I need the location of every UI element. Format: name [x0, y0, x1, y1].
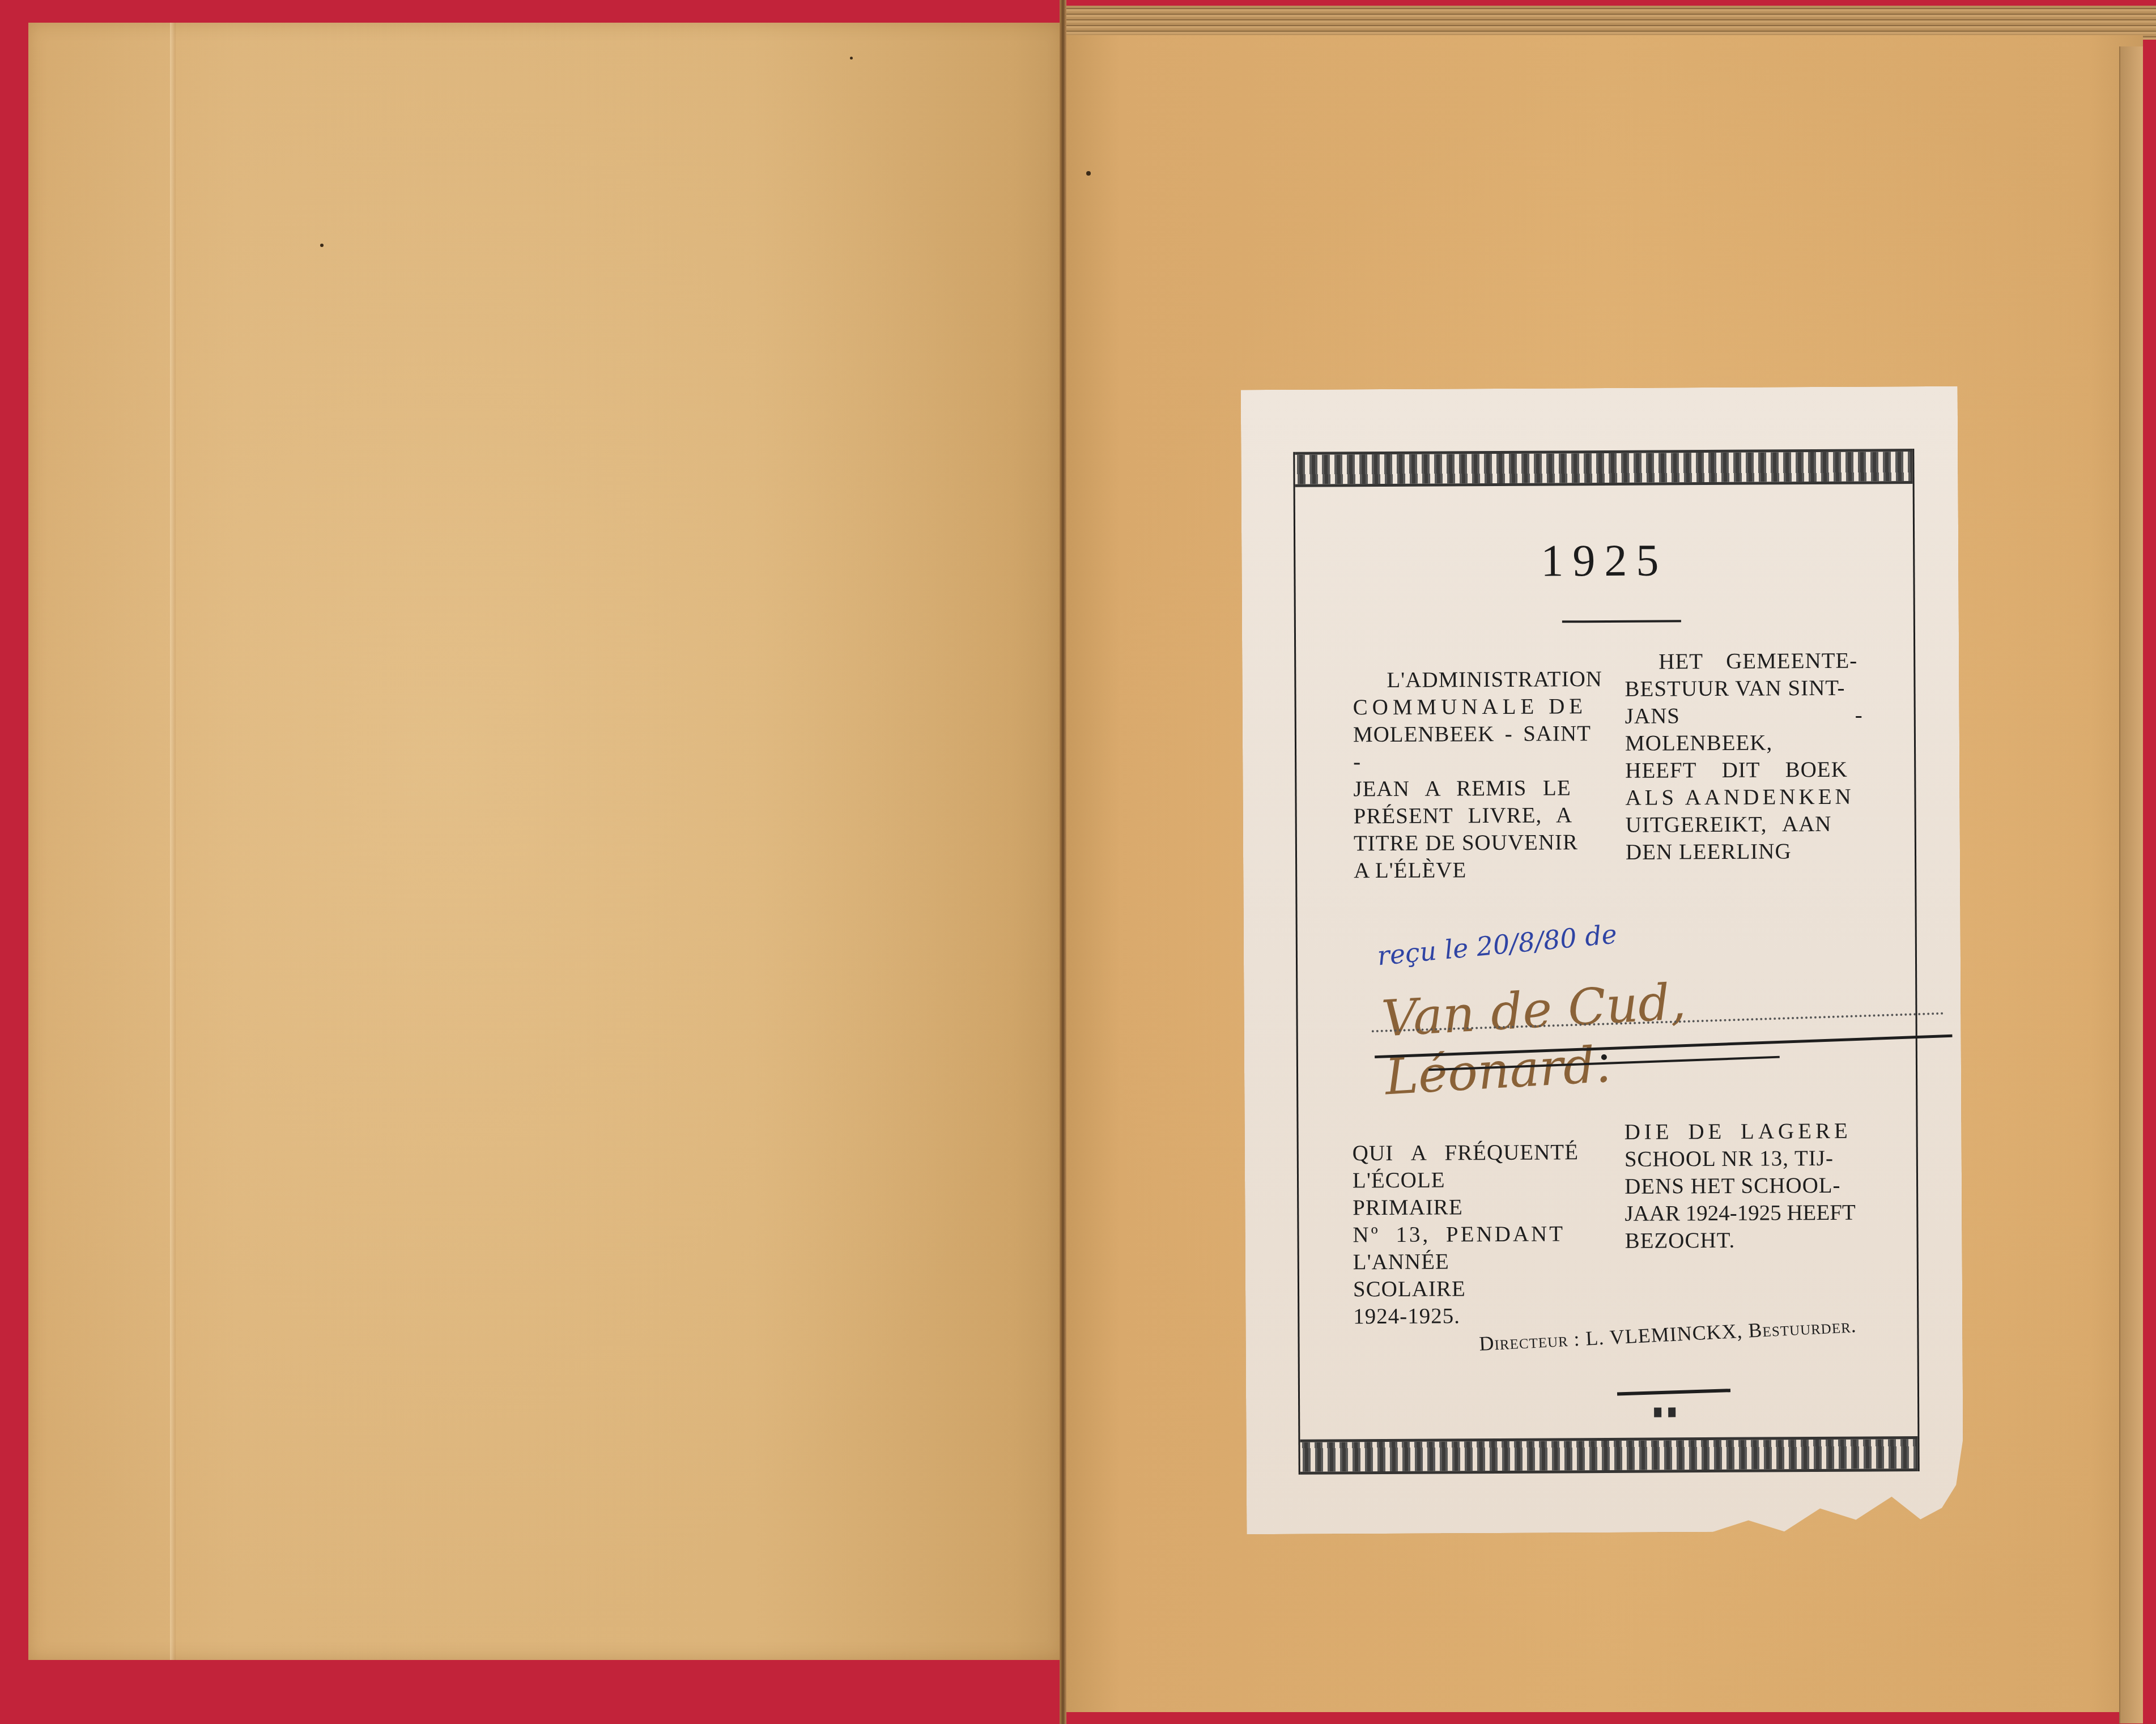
text-line: MOLENBEEK - SAINT -: [1353, 720, 1591, 776]
text-line: ALS AANDENKEN: [1625, 784, 1863, 812]
text-line: COMMUNALE DE: [1353, 693, 1591, 721]
text-line: L'ADMINISTRATION: [1353, 666, 1591, 694]
prize-label: 1925 L'ADMINISTRATION COMMUNALE DE MOLEN…: [1241, 386, 1964, 1535]
text-line: HET GEMEENTE-: [1625, 648, 1862, 676]
text-line: DEN LEERLING: [1626, 838, 1864, 866]
handwritten-student-name: Van de Cud, Léonard.: [1380, 959, 1919, 1106]
paper-speck: [850, 57, 853, 59]
text-line: UITGEREIKT, AAN: [1626, 811, 1864, 839]
director-title-nl: Bestuurder.: [1747, 1314, 1857, 1342]
french-body-text: QUI A FRÉQUENTÉ L'ÉCOLE PRIMAIRE Nº 13, …: [1353, 1139, 1592, 1330]
page-stack-edge: [1066, 6, 2156, 40]
closing-ornament-square: [1654, 1407, 1661, 1417]
closing-ornament-square: [1668, 1407, 1676, 1417]
dutch-intro-text: HET GEMEENTE- BESTUUR VAN SINT- JANS - M…: [1625, 648, 1864, 866]
paper-speck: [320, 244, 324, 247]
text-line: L'ANNÉE SCOLAIRE: [1353, 1248, 1591, 1303]
text-line: BESTUUR VAN SINT-: [1625, 675, 1862, 703]
dutch-body-text: DIE DE LAGERE SCHOOL Nr 13, TIJ- DENS HE…: [1624, 1118, 1862, 1255]
text-line: A L'ÉLÈVE: [1354, 856, 1592, 884]
label-year: 1925: [1295, 534, 1913, 589]
text-line: DENS HET SCHOOL-: [1625, 1172, 1862, 1201]
endpaper-hinge: [170, 23, 176, 1660]
handwritten-received-note: reçu le 20/8/80 de: [1376, 918, 1618, 971]
text-line: JAAR 1924-1925 HEEFT: [1625, 1199, 1862, 1228]
text-line: L'ÉCOLE PRIMAIRE: [1353, 1166, 1591, 1221]
divider-dot: [1601, 1054, 1607, 1060]
text-line: TITRE DE SOUVENIR: [1354, 829, 1592, 857]
year-underline: [1562, 620, 1681, 623]
text-line: HEEFT DIT BOEK: [1625, 756, 1863, 785]
director-title-fr: Directeur: [1478, 1328, 1568, 1355]
text-line: PRÉSENT LIVRE, A: [1354, 802, 1592, 830]
text-line: SCHOOL Nr 13, TIJ-: [1625, 1145, 1862, 1173]
text-line: 1924-1925.: [1353, 1302, 1591, 1330]
closing-rule: [1617, 1389, 1730, 1395]
spine-gutter: [1060, 0, 1066, 1724]
text-line: JEAN A REMIS LE: [1353, 774, 1591, 803]
text-line: JANS - MOLENBEEK,: [1625, 702, 1863, 757]
left-endpaper: [28, 23, 1065, 1660]
french-intro-text: L'ADMINISTRATION COMMUNALE DE MOLENBEEK …: [1353, 666, 1592, 884]
text-line: Nº 13, PENDANT: [1353, 1220, 1591, 1249]
label-frame: 1925 L'ADMINISTRATION COMMUNALE DE MOLEN…: [1293, 449, 1919, 1475]
ornamental-border-top: [1295, 449, 1912, 487]
text-line: QUI A FRÉQUENTÉ: [1353, 1139, 1591, 1167]
director-name: L. VLEMINCKX,: [1585, 1319, 1743, 1350]
ornamental-border-bottom: [1300, 1436, 1917, 1475]
page-fore-edge: [2119, 46, 2143, 1723]
text-line: BEZOCHT.: [1625, 1227, 1862, 1255]
text-line: DIE DE LAGERE: [1624, 1118, 1862, 1146]
paper-speck: [1086, 171, 1091, 176]
signature-separator: :: [1568, 1327, 1587, 1351]
